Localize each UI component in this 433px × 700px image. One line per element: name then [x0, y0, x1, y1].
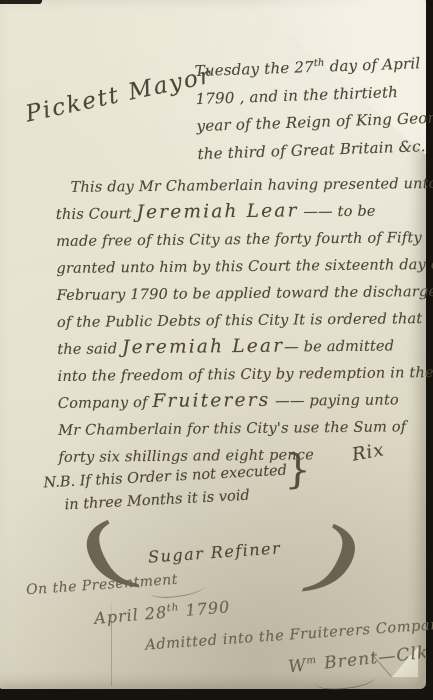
dateline: Tuesday the 27th day of April 1790 , and… [194, 46, 433, 168]
body-line-text: the said [57, 341, 122, 358]
execution-date-year: 1790 [179, 597, 231, 620]
dateline-line1-text: Tuesday the 27 [194, 58, 314, 80]
photograph-of-manuscript: { "page": { "paper_color": "#e7e3d0", "i… [0, 0, 433, 700]
body-line: of the Public Debts of this City It is o… [57, 305, 429, 336]
curly-brace-flourish: } [285, 459, 311, 483]
top-edge-shadow [0, 0, 42, 4]
occupation-note: Sugar Refiner [147, 538, 281, 566]
body-line-text: —— to be [299, 204, 376, 221]
execution-date: April 28th 1790 [93, 597, 231, 628]
dateline-line1-ordinal: th [314, 58, 325, 69]
body-line-text: Mr Chamberlain for this City's use the S… [58, 419, 406, 439]
body-line-text: this Court [56, 206, 137, 223]
body-line-text: —— paying unto [270, 392, 399, 409]
body-line: into the freedom of this City by redempt… [57, 359, 429, 390]
company-name: Fruiterers [152, 390, 270, 412]
right-flourish-paren: ) [289, 510, 385, 604]
body-line: granted unto him by this Court the sixte… [56, 251, 428, 282]
mayor-margin-note: Pickett Mayor [23, 63, 214, 128]
dateline-line1-rest: day of April [324, 54, 420, 75]
body-line: Company of Fruiterers —— paying unto [58, 386, 430, 417]
body-line: February 1790 to be applied toward the d… [57, 278, 429, 309]
body-line: Mr Chamberlain for this City's use the S… [58, 413, 430, 444]
body-line: this Court Jeremiah Lear —— to be [56, 197, 428, 228]
body-line: the said Jeremiah Lear— be admitted [57, 332, 429, 363]
body-line: made free of this City as the forty four… [56, 224, 428, 255]
body-line-text: February 1790 to be applied toward the d… [57, 284, 433, 304]
body-line-text: This day Mr Chamberlain having presented… [71, 176, 433, 196]
body-line: This day Mr Chamberlain having presented… [55, 170, 427, 201]
manuscript-paper: Pickett Mayor Tuesday the 27th day of Ap… [0, 0, 426, 689]
body-line-text: granted unto him by this Court the sixte… [56, 257, 433, 277]
execution-date-ordinal: th [166, 602, 179, 614]
body-line-text: — be admitted [284, 338, 394, 355]
body-line-text: of the Public Debts of this City It is o… [57, 311, 422, 331]
order-body-text: This day Mr Chamberlain having presented… [55, 170, 430, 471]
body-line-text: into the freedom of this City by redempt… [57, 365, 433, 385]
execution-date-text: April 28 [93, 603, 168, 628]
body-line-text: Company of [58, 395, 153, 412]
freeman-name: Jeremiah Lear [136, 200, 298, 223]
freeman-name: Jeremiah Lear [122, 336, 284, 359]
clerk-signature-initial: W [287, 655, 308, 677]
body-line-text: made free of this City as the forty four… [56, 230, 422, 250]
